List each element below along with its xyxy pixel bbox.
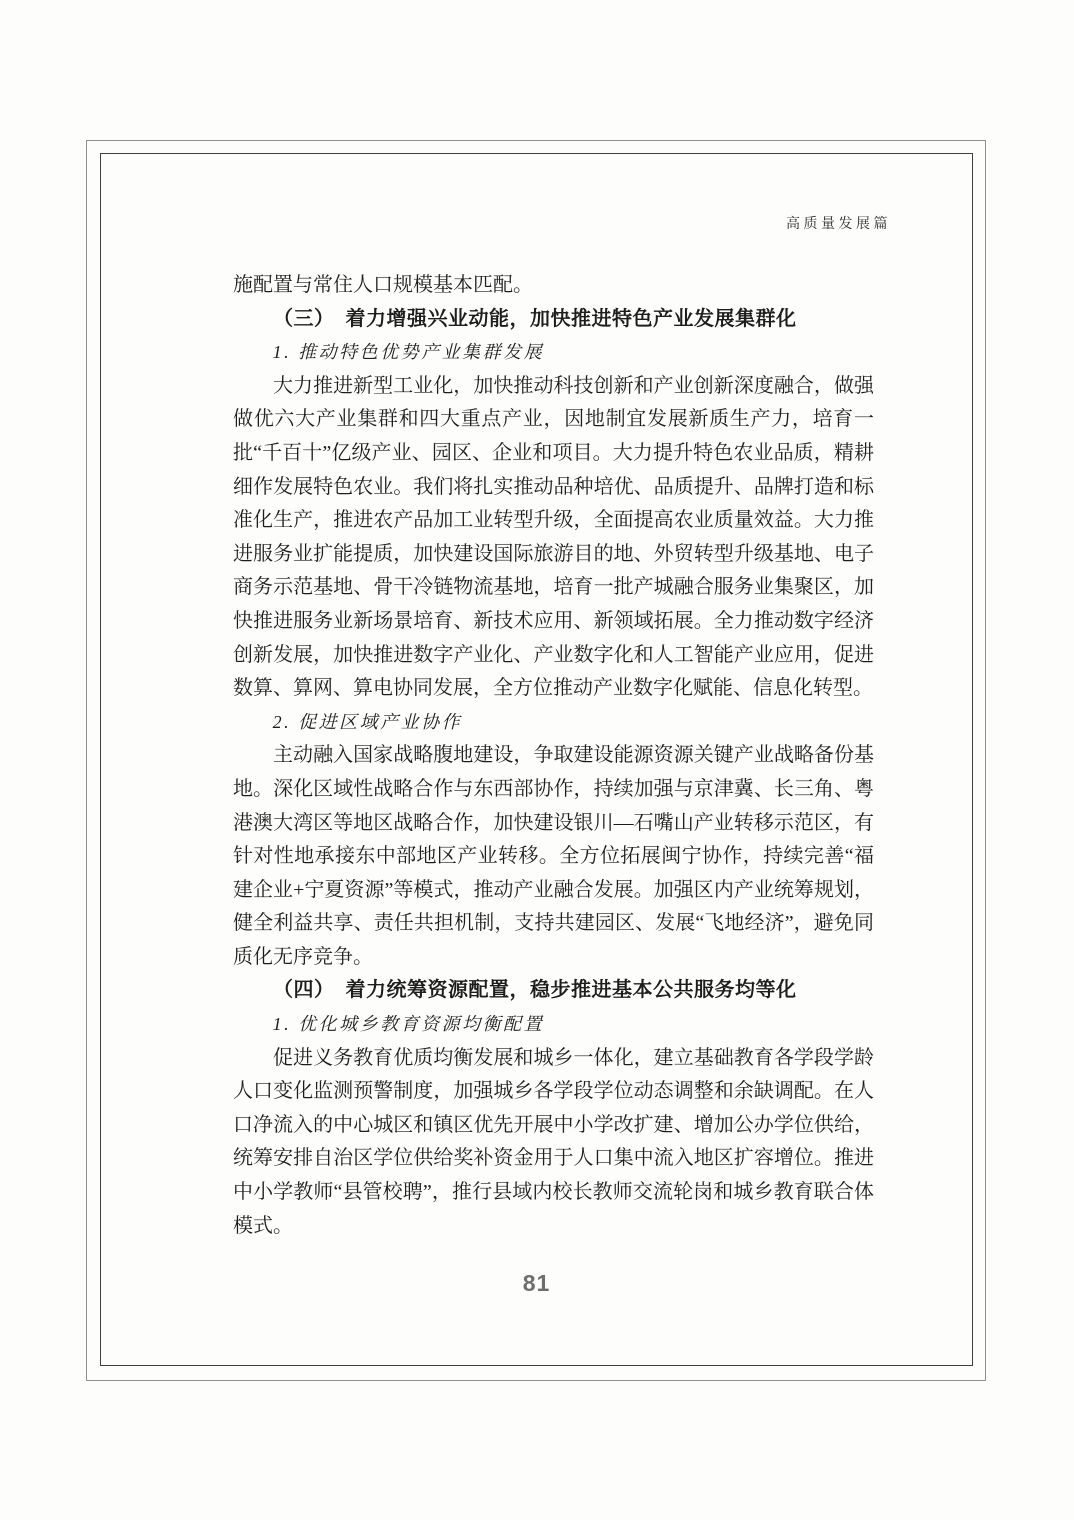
body-text-block: 施配置与常住人口规模基本匹配。 （三）着力增强兴业动能，加快推进特色产业发展集群… bbox=[233, 269, 874, 1243]
section-title: 着力统筹资源配置，稳步推进基本公共服务均等化 bbox=[346, 979, 797, 1001]
section-number: （四） bbox=[273, 979, 335, 1001]
section-heading-4: （四）着力统筹资源配置，稳步推进基本公共服务均等化 bbox=[233, 974, 874, 1008]
page-number: 81 bbox=[100, 1270, 973, 1297]
document-page: 高质量发展篇 施配置与常住人口规模基本匹配。 （三）着力增强兴业动能，加快推进特… bbox=[0, 0, 1074, 1520]
section-title: 着力增强兴业动能，加快推进特色产业发展集群化 bbox=[346, 308, 797, 330]
section-heading-3: （三）着力增强兴业动能，加快推进特色产业发展集群化 bbox=[233, 303, 874, 337]
subsection-heading: 2. 促进区域产业协作 bbox=[233, 706, 874, 740]
subsection-heading: 1. 推动特色优势产业集群发展 bbox=[233, 336, 874, 370]
body-paragraph: 促进义务教育优质均衡发展和城乡一体化，建立基础教育各学段学龄人口变化监测预警制度… bbox=[233, 1042, 874, 1244]
subsection-heading: 1. 优化城乡教育资源均衡配置 bbox=[233, 1008, 874, 1042]
body-paragraph: 大力推进新型工业化，加快推动科技创新和产业创新深度融合，做强做优六大产业集群和四… bbox=[233, 370, 874, 706]
running-header: 高质量发展篇 bbox=[786, 213, 891, 233]
section-number: （三） bbox=[273, 308, 335, 330]
body-paragraph: 主动融入国家战略腹地建设，争取建设能源资源关键产业战略备份基地。深化区域性战略合… bbox=[233, 739, 874, 974]
paragraph-continuation: 施配置与常住人口规模基本匹配。 bbox=[233, 269, 874, 303]
